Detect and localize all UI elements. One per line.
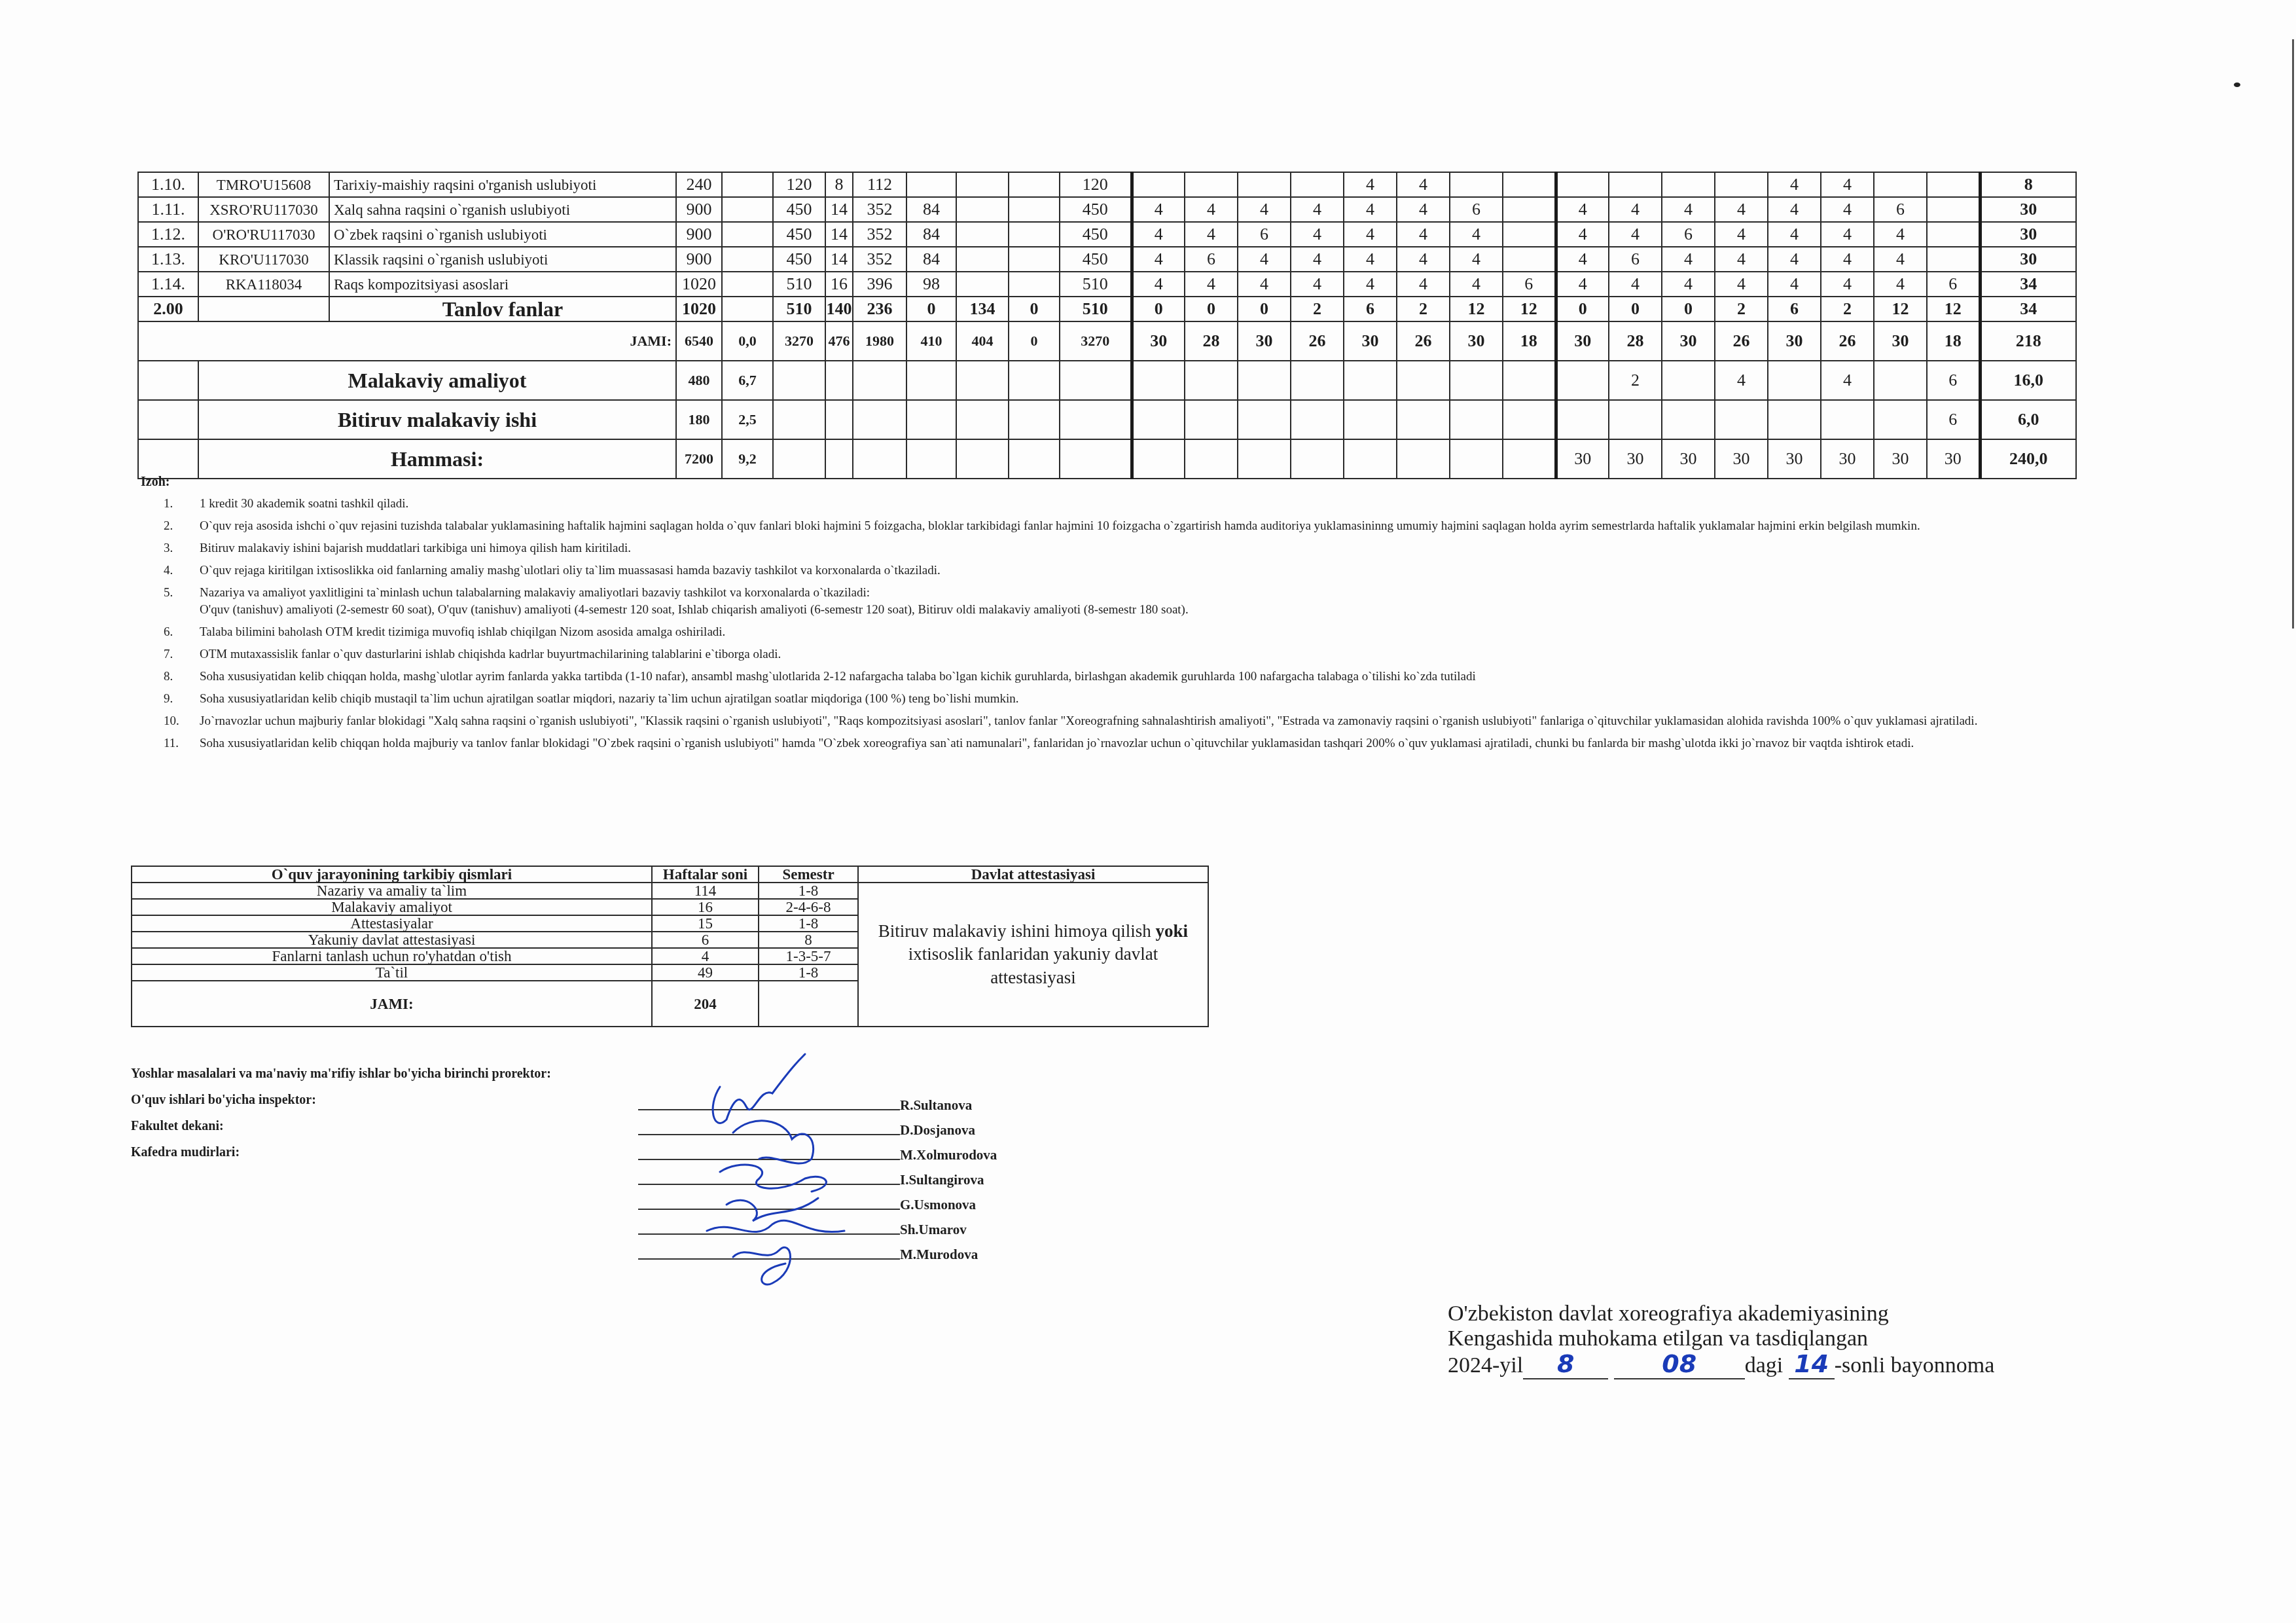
hours-cell: 134 — [956, 297, 1009, 321]
semester-cell: 4 — [1397, 172, 1450, 197]
hours-cell: 120 — [773, 172, 825, 197]
row-label: Malakaviy amaliyot — [198, 361, 676, 400]
hours-cell: 450 — [1060, 197, 1132, 222]
hours-cell: 404 — [956, 321, 1009, 361]
semester-cell: 30 — [1556, 439, 1609, 479]
semester-cell: 4 — [1132, 222, 1185, 247]
subject-code: O'RO'RU117030 — [198, 222, 329, 247]
scanned-page: 1.10.TMRO'U15608Tarixiy-maishiy raqsini … — [0, 0, 2296, 1623]
weeks-count: 4 — [652, 948, 759, 964]
weeks-count: 114 — [652, 883, 759, 899]
signatory-name: G.Usmonova — [900, 1197, 976, 1213]
semester-cell: 4 — [1715, 247, 1768, 272]
grand-total-row: Hammasi:72009,23030303030303030240,0 — [138, 439, 2076, 479]
row-number: 1.12. — [138, 222, 198, 247]
hours-cell: 0 — [1009, 321, 1060, 361]
row-total: 30 — [1980, 197, 2076, 222]
semester-cell: 4 — [1768, 222, 1821, 247]
semester-cell: 4 — [1821, 361, 1874, 400]
semester-cell — [1556, 172, 1609, 197]
hours-cell: 0 — [1009, 297, 1060, 321]
role-inspector: O'quv ishlari bo'yicha inspektor: — [131, 1092, 589, 1108]
row-number: 2.00 — [138, 297, 198, 321]
row-total: 30 — [1980, 247, 2076, 272]
semester-cell — [1556, 361, 1609, 400]
subject-row: 1.13.KRO'U117030Klassik raqsini o`rganis… — [138, 247, 2076, 272]
hours-cell — [722, 247, 773, 272]
weeks-count: 6 — [652, 932, 759, 948]
hours-cell: 352 — [853, 197, 906, 222]
semester-cell: 4 — [1397, 247, 1450, 272]
semester-cell — [1927, 172, 1980, 197]
hours-cell: 0,0 — [722, 321, 773, 361]
semester-cell: 26 — [1291, 321, 1344, 361]
semester-cell — [1821, 400, 1874, 439]
note-number: 7. — [164, 647, 173, 663]
hours-cell: 180 — [676, 400, 722, 439]
semester-cell — [1874, 361, 1927, 400]
semester-cell — [1291, 439, 1344, 479]
hours-cell — [1009, 197, 1060, 222]
hours-cell: 900 — [676, 197, 722, 222]
signatory-name: I.Sultangirova — [900, 1172, 984, 1188]
hours-cell: 450 — [773, 197, 825, 222]
approval-suffix: -sonli bayonnoma — [1835, 1353, 1995, 1377]
semester-cell: 4 — [1662, 247, 1715, 272]
semester-cell — [1609, 172, 1662, 197]
role-department-heads: Kafedra mudirlari: — [131, 1144, 589, 1160]
note-text: Nazariya va amaliyot yaxlitligini ta`min… — [200, 586, 870, 600]
row-total: 16,0 — [1980, 361, 2076, 400]
subject-name: Klassik raqsini o`rganish uslubiyoti — [329, 247, 676, 272]
note-text: Bitiruv malakaviy ishini bajarish muddat… — [200, 541, 631, 555]
semester-range: 1-8 — [759, 883, 858, 899]
row-label: Bitiruv malakaviy ishi — [198, 400, 676, 439]
semester-cell: 4 — [1821, 222, 1874, 247]
hours-cell — [1060, 400, 1132, 439]
semester-cell: 4 — [1344, 222, 1397, 247]
semester-cell: 4 — [1609, 222, 1662, 247]
weeks-count: 16 — [652, 899, 759, 915]
semester-cell: 12 — [1874, 297, 1927, 321]
semester-cell: 4 — [1609, 197, 1662, 222]
signatory-name: R.Sultanova — [900, 1097, 972, 1114]
semester-cell: 0 — [1185, 297, 1238, 321]
header-semester: Semestr — [759, 866, 858, 883]
attestation-description: Bitiruv malakaviy ishini himoya qilish y… — [858, 883, 1208, 1027]
hours-cell — [906, 439, 956, 479]
semester-cell: 6 — [1450, 197, 1503, 222]
semester-cell: 2 — [1821, 297, 1874, 321]
semester-cell: 0 — [1238, 297, 1291, 321]
semester-cell: 4 — [1397, 197, 1450, 222]
semester-cell: 30 — [1238, 321, 1291, 361]
curriculum-table: 1.10.TMRO'U15608Tarixiy-maishiy raqsini … — [137, 172, 2077, 479]
approval-dagi: dagi — [1745, 1353, 1784, 1377]
hours-cell — [1009, 400, 1060, 439]
hours-cell: 98 — [906, 272, 956, 297]
empty-cell — [138, 361, 198, 400]
page-edge — [2292, 39, 2294, 629]
hours-cell — [722, 297, 773, 321]
hours-cell: 900 — [676, 222, 722, 247]
semester-cell: 4 — [1715, 272, 1768, 297]
semester-cell — [1397, 400, 1450, 439]
hours-cell — [956, 172, 1009, 197]
semester-cell: 4 — [1715, 222, 1768, 247]
header-attestation: Davlat attestasiyasi — [858, 866, 1208, 883]
semester-cell: 6 — [1927, 272, 1980, 297]
part-name: Yakuniy davlat attestasiyasi — [132, 932, 652, 948]
semester-cell: 4 — [1132, 197, 1185, 222]
hours-cell: 1020 — [676, 272, 722, 297]
hours-cell — [1009, 439, 1060, 479]
hours-cell: 450 — [773, 247, 825, 272]
semester-cell — [1503, 172, 1556, 197]
semester-cell: 4 — [1185, 272, 1238, 297]
note-number: 6. — [164, 625, 173, 640]
part-name: Nazariy va amaliy ta`lim — [132, 883, 652, 899]
semester-cell — [1238, 361, 1291, 400]
row-number: 1.14. — [138, 272, 198, 297]
subject-name: Xalq sahna raqsini o`rganish uslubiyoti — [329, 197, 676, 222]
semester-cell: 26 — [1821, 321, 1874, 361]
hours-cell: 396 — [853, 272, 906, 297]
semester-cell: 6 — [1238, 222, 1291, 247]
hours-cell — [853, 400, 906, 439]
hours-cell — [906, 361, 956, 400]
note-text: Jo`rnavozlar uchun majburiy fanlar bloki… — [200, 714, 1977, 728]
hours-cell — [722, 197, 773, 222]
approval-line-3: 2024-yil8 08dagi 14-sonli bayonnoma — [1448, 1351, 1994, 1379]
semester-cell — [1185, 439, 1238, 479]
hours-cell: 16 — [825, 272, 853, 297]
hours-cell: 112 — [853, 172, 906, 197]
semester-cell — [1503, 197, 1556, 222]
semester-cell: 4 — [1556, 247, 1609, 272]
note-text: Soha xususiyatlaridan kelib chiqqan hold… — [200, 737, 1914, 750]
semester-cell: 4 — [1291, 272, 1344, 297]
total-label: JAMI: — [138, 321, 676, 361]
semester-cell — [1662, 361, 1715, 400]
note-text: OTM mutaxassislik fanlar o`quv dasturlar… — [200, 647, 781, 661]
hours-cell — [825, 400, 853, 439]
semester-cell — [1503, 400, 1556, 439]
semester-cell — [1344, 439, 1397, 479]
semester-cell — [1609, 400, 1662, 439]
semester-cell: 4 — [1662, 272, 1715, 297]
semester-cell — [1768, 361, 1821, 400]
semester-cell: 30 — [1344, 321, 1397, 361]
row-number: 1.13. — [138, 247, 198, 272]
semester-cell: 4 — [1344, 247, 1397, 272]
semester-cell — [1238, 439, 1291, 479]
row-label: Hammasi: — [198, 439, 676, 479]
part-name: Ta`til — [132, 964, 652, 981]
note-text: O`quv rejaga kiritilgan ixtisoslikka oid… — [200, 564, 941, 577]
semester-cell: 4 — [1715, 361, 1768, 400]
hours-cell — [956, 272, 1009, 297]
note-number: 11. — [164, 736, 179, 752]
scan-speck — [2234, 82, 2240, 87]
semester-cell: 6 — [1927, 361, 1980, 400]
semester-cell: 6 — [1344, 297, 1397, 321]
note-number: 3. — [164, 541, 173, 556]
hours-cell — [906, 400, 956, 439]
semester-cell: 26 — [1397, 321, 1450, 361]
hours-cell: 476 — [825, 321, 853, 361]
row-total: 6,0 — [1980, 400, 2076, 439]
semester-cell: 4 — [1821, 272, 1874, 297]
semester-cell: 4 — [1397, 222, 1450, 247]
note-item: 8.Soha xususiyatidan kelib chiqqan holda… — [141, 669, 2170, 685]
semester-cell — [1503, 439, 1556, 479]
semester-cell: 4 — [1291, 222, 1344, 247]
hours-cell — [1060, 361, 1132, 400]
semester-cell — [1503, 247, 1556, 272]
empty-cell — [759, 981, 858, 1027]
note-item: 1.1 kredit 30 akademik soatni tashkil qi… — [141, 496, 2170, 512]
row-number: 1.11. — [138, 197, 198, 222]
subject-row: 1.11.XSRO'RU117030Xalq sahna raqsini o`r… — [138, 197, 2076, 222]
approval-line-2: Kengashida muhokama etilgan va tasdiqlan… — [1448, 1326, 1994, 1351]
row-total: 240,0 — [1980, 439, 2076, 479]
semester-cell: 30 — [1662, 321, 1715, 361]
semester-cell — [1291, 172, 1344, 197]
semester-cell: 4 — [1874, 272, 1927, 297]
semester-cell — [1503, 222, 1556, 247]
semester-cell: 4 — [1609, 272, 1662, 297]
hours-cell — [956, 361, 1009, 400]
hours-cell: 3270 — [1060, 321, 1132, 361]
weeks-count: 49 — [652, 964, 759, 981]
hours-cell — [1009, 222, 1060, 247]
hours-cell: 84 — [906, 247, 956, 272]
semester-cell: 4 — [1238, 197, 1291, 222]
semester-cell: 4 — [1132, 272, 1185, 297]
notes-section: Izoh: 1.1 kredit 30 akademik soatni tash… — [141, 475, 2170, 752]
semester-cell — [1503, 361, 1556, 400]
part-name: Malakaviy amaliyot — [132, 899, 652, 915]
note-item: 10.Jo`rnavozlar uchun majburiy fanlar bl… — [141, 714, 2170, 729]
semester-cell: 4 — [1291, 197, 1344, 222]
hours-cell — [906, 172, 956, 197]
semester-cell: 30 — [1874, 439, 1927, 479]
study-process-summary-table: O`quv jarayonining tarkibiy qismlariHaft… — [131, 866, 1209, 1027]
row-total: 34 — [1980, 272, 2076, 297]
semester-cell — [1662, 400, 1715, 439]
semester-cell: 0 — [1609, 297, 1662, 321]
note-text: O'quv (tanishuv) amaliyoti (2-semestr 60… — [200, 603, 1189, 617]
note-item: 7.OTM mutaxassislik fanlar o`quv dasturl… — [141, 647, 2170, 663]
header-weeks: Haftalar soni — [652, 866, 759, 883]
approval-line-1: O'zbekiston davlat xoreografiya akademiy… — [1448, 1302, 1994, 1326]
semester-cell: 4 — [1238, 272, 1291, 297]
signatory-name: D.Dosjanova — [900, 1122, 975, 1139]
semester-cell: 4 — [1450, 272, 1503, 297]
semester-range: 1-3-5-7 — [759, 948, 858, 964]
hours-cell — [853, 361, 906, 400]
credit-cell: 9,2 — [722, 439, 773, 479]
semester-cell — [1715, 172, 1768, 197]
hours-cell: 0 — [906, 297, 956, 321]
semester-cell — [1662, 172, 1715, 197]
note-item: 5.Nazariya va amaliyot yaxlitligini ta`m… — [141, 585, 2170, 601]
semester-cell — [1715, 400, 1768, 439]
subject-code: KRO'U117030 — [198, 247, 329, 272]
semester-cell: 30 — [1874, 321, 1927, 361]
subject-code: XSRO'RU117030 — [198, 197, 329, 222]
semester-cell: 4 — [1344, 272, 1397, 297]
semester-cell — [1185, 400, 1238, 439]
credit-cell: 2,5 — [722, 400, 773, 439]
semester-cell — [1927, 222, 1980, 247]
subject-code: RKA118034 — [198, 272, 329, 297]
summary-row: Nazariy va amaliy ta`lim1141-8Bitiruv ma… — [132, 883, 1208, 899]
council-approval: O'zbekiston davlat xoreografiya akademiy… — [1448, 1302, 1994, 1379]
semester-cell: 30 — [1768, 321, 1821, 361]
part-name: Attestasiyalar — [132, 915, 652, 932]
hours-cell: 3270 — [773, 321, 825, 361]
semester-cell: 12 — [1450, 297, 1503, 321]
semester-cell — [1238, 400, 1291, 439]
semester-cell — [1556, 400, 1609, 439]
hours-cell: 14 — [825, 222, 853, 247]
semester-cell: 18 — [1927, 321, 1980, 361]
note-number: 9. — [164, 691, 173, 707]
hours-cell: 8 — [825, 172, 853, 197]
semester-cell: 0 — [1662, 297, 1715, 321]
hours-cell: 450 — [1060, 247, 1132, 272]
semester-cell — [1450, 439, 1503, 479]
note-number: 2. — [164, 519, 173, 534]
semester-cell: 30 — [1821, 439, 1874, 479]
hours-cell — [825, 439, 853, 479]
signatory-name: M.Murodova — [900, 1247, 978, 1263]
subject-name: Tanlov fanlar — [329, 297, 676, 321]
subject-code: TMRO'U15608 — [198, 172, 329, 197]
hours-cell — [825, 361, 853, 400]
semester-range: 2-4-6-8 — [759, 899, 858, 915]
semester-cell: 12 — [1927, 297, 1980, 321]
summary-header: O`quv jarayonining tarkibiy qismlariHaft… — [132, 866, 1208, 883]
semester-cell: 0 — [1556, 297, 1609, 321]
empty-cell — [138, 439, 198, 479]
hours-cell: 450 — [1060, 222, 1132, 247]
thesis-row: Bitiruv malakaviy ishi1802,566,0 — [138, 400, 2076, 439]
hours-cell — [1009, 247, 1060, 272]
semester-cell: 0 — [1132, 297, 1185, 321]
semester-cell — [1450, 172, 1503, 197]
hours-cell — [956, 400, 1009, 439]
hours-cell: 236 — [853, 297, 906, 321]
semester-cell: 4 — [1556, 272, 1609, 297]
note-item: 4.O`quv rejaga kiritilgan ixtisoslikka o… — [141, 563, 2170, 579]
hours-cell — [956, 197, 1009, 222]
semester-cell: 4 — [1291, 247, 1344, 272]
empty-cell — [138, 400, 198, 439]
part-name: Fanlarni tanlash uchun ro'yhatdan o'tish — [132, 948, 652, 964]
hours-cell — [722, 172, 773, 197]
semester-range: 1-8 — [759, 964, 858, 981]
semester-cell: 4 — [1874, 247, 1927, 272]
hours-cell — [1009, 172, 1060, 197]
hours-cell: 240 — [676, 172, 722, 197]
semester-cell — [1344, 361, 1397, 400]
semester-cell — [1344, 400, 1397, 439]
semester-cell: 6 — [1609, 247, 1662, 272]
semester-cell: 2 — [1291, 297, 1344, 321]
handwritten-signatures — [694, 1048, 890, 1296]
semester-cell: 4 — [1556, 222, 1609, 247]
hours-cell: 510 — [1060, 297, 1132, 321]
semester-cell: 28 — [1185, 321, 1238, 361]
hours-cell: 510 — [1060, 272, 1132, 297]
semester-cell: 30 — [1662, 439, 1715, 479]
semester-cell: 6 — [1874, 197, 1927, 222]
note-item: 9.Soha xususiyatlaridan kelib chiqib mus… — [141, 691, 2170, 707]
row-total: 30 — [1980, 222, 2076, 247]
signatory-name: M.Xolmurodova — [900, 1147, 997, 1163]
semester-cell: 6 — [1768, 297, 1821, 321]
hours-cell — [773, 400, 825, 439]
hours-cell — [956, 222, 1009, 247]
hours-cell: 352 — [853, 247, 906, 272]
semester-cell: 2 — [1609, 361, 1662, 400]
semester-cell — [1291, 400, 1344, 439]
semester-cell: 4 — [1344, 172, 1397, 197]
semester-cell: 4 — [1715, 197, 1768, 222]
semester-cell — [1874, 172, 1927, 197]
note-item: O'quv (tanishuv) amaliyoti (2-semestr 60… — [141, 602, 2170, 618]
semester-cell: 4 — [1821, 172, 1874, 197]
semester-cell: 28 — [1609, 321, 1662, 361]
row-total: 218 — [1980, 321, 2076, 361]
total-weeks: 204 — [652, 981, 759, 1027]
semester-cell: 4 — [1662, 197, 1715, 222]
note-number: 8. — [164, 669, 173, 685]
semester-cell — [1874, 400, 1927, 439]
hours-cell: 1020 — [676, 297, 722, 321]
credit-cell: 6,7 — [722, 361, 773, 400]
semester-cell: 30 — [1609, 439, 1662, 479]
note-item: 2.O`quv reja asosida ishchi o`quv rejasi… — [141, 519, 2170, 534]
note-item: 11.Soha xususiyatlaridan kelib chiqqan h… — [141, 736, 2170, 752]
semester-cell — [1132, 361, 1185, 400]
subject-name: Tarixiy-maishiy raqsini o'rganish uslubi… — [329, 172, 676, 197]
note-text: 1 kredit 30 akademik soatni tashkil qila… — [200, 497, 408, 511]
hours-cell: 7200 — [676, 439, 722, 479]
hours-cell — [1009, 361, 1060, 400]
hours-cell — [773, 361, 825, 400]
semester-cell: 30 — [1556, 321, 1609, 361]
total-label: JAMI: — [132, 981, 652, 1027]
semester-range: 8 — [759, 932, 858, 948]
note-item: 3.Bitiruv malakaviy ishini bajarish mudd… — [141, 541, 2170, 556]
semester-cell: 6 — [1927, 400, 1980, 439]
signatory-name: Sh.Umarov — [900, 1222, 967, 1238]
semester-cell: 30 — [1927, 439, 1980, 479]
semester-cell: 6 — [1662, 222, 1715, 247]
approval-month: 08 — [1662, 1349, 1696, 1378]
semester-cell: 4 — [1344, 197, 1397, 222]
hours-cell: 900 — [676, 247, 722, 272]
hours-cell: 410 — [906, 321, 956, 361]
semester-cell: 4 — [1397, 272, 1450, 297]
hours-cell: 1980 — [853, 321, 906, 361]
note-text: O`quv reja asosida ishchi o`quv rejasini… — [200, 519, 1920, 533]
practice-row: Malakaviy amaliyot4806,7244616,0 — [138, 361, 2076, 400]
